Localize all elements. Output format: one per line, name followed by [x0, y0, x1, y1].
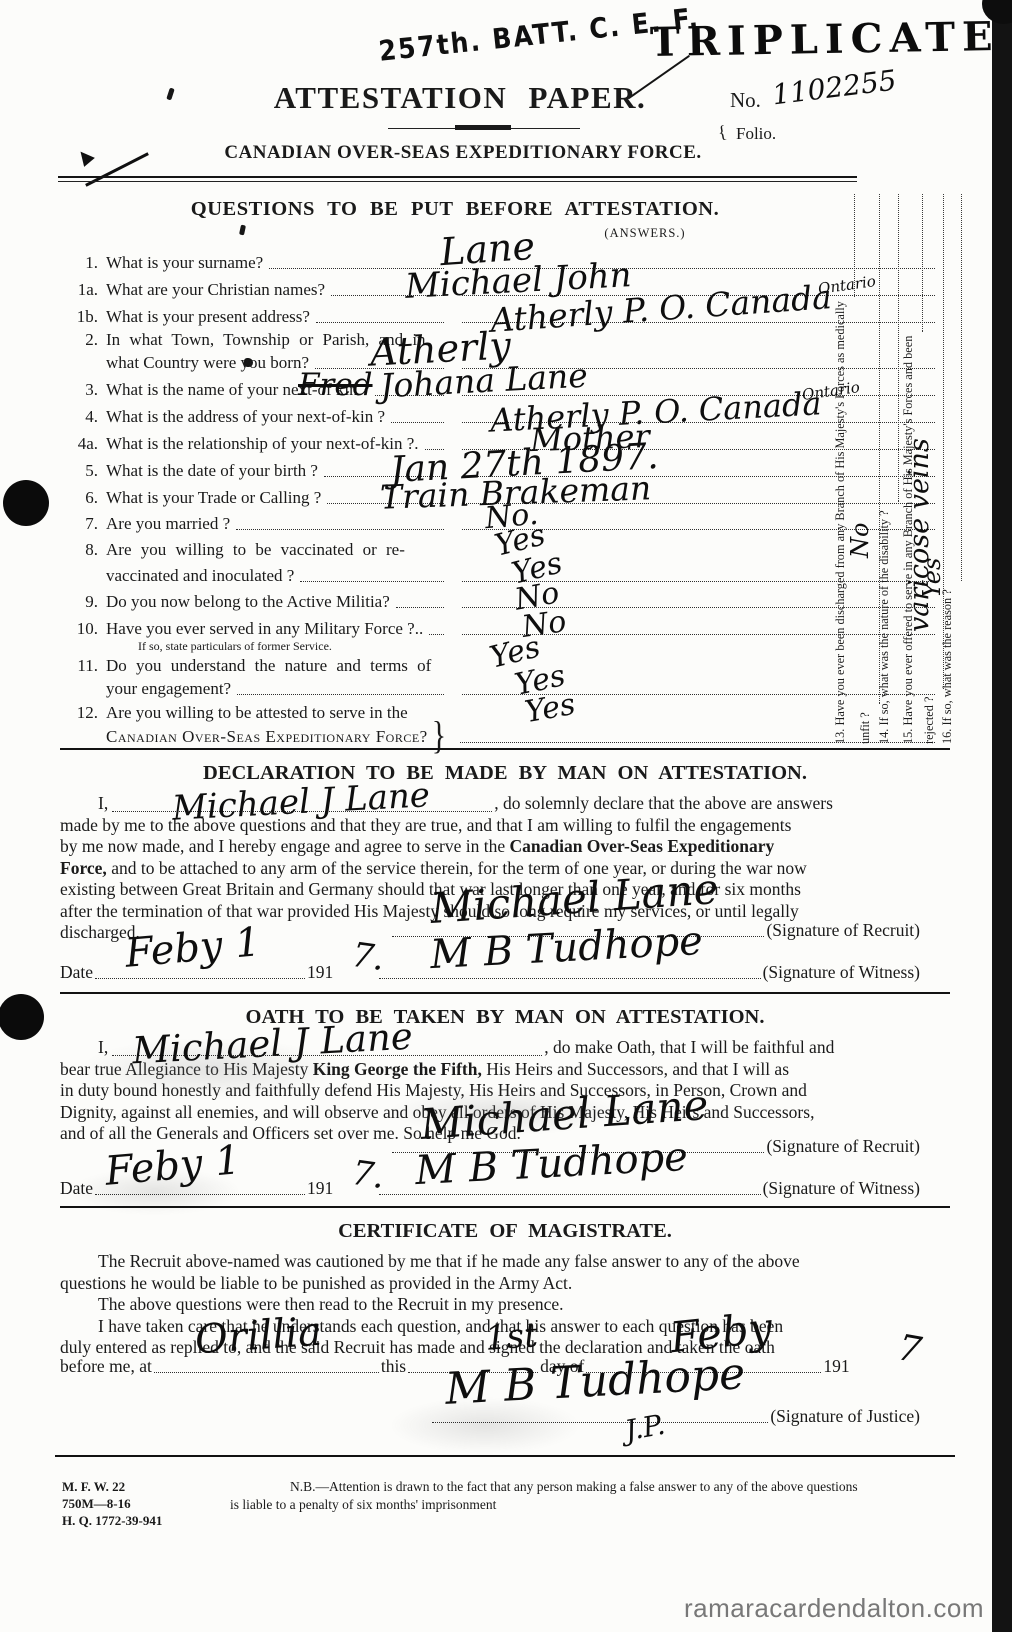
watermark-text: ramaracardendalton.com — [684, 1593, 984, 1624]
question-text-line2: vaccinated and inoculated ? — [106, 566, 294, 586]
dotted-leader — [391, 407, 444, 423]
this-label: this — [381, 1356, 406, 1377]
side-question-16: 16. If so, what was the reason ? — [940, 192, 962, 744]
date-label: Date — [60, 1178, 93, 1199]
question-text: What is your surname? — [106, 253, 263, 273]
year-print: 191 — [307, 1178, 333, 1199]
question-brace: } — [432, 724, 446, 750]
place-handwritten: Orillia — [194, 1312, 323, 1361]
answer-q13-handwritten: No — [848, 523, 872, 558]
form-code-2: 750M—8-16 — [62, 1495, 162, 1512]
recruit-signature-label: (Signature of Recruit) — [766, 920, 920, 941]
question-text-line2: what Country were you born? — [106, 353, 309, 373]
footer-note-line2: is liable to a penalty of six months' im… — [230, 1496, 910, 1514]
question-text: What is the relationship of your next-of… — [106, 434, 419, 454]
answer-nextofkin-handwritten: Johana Lane — [379, 359, 588, 403]
year-handwritten: 7. — [350, 938, 387, 976]
date-handwritten: Feby 1 — [124, 922, 263, 974]
scan-edge-artifact — [992, 0, 1012, 1632]
page-title: ATTESTATION PAPER. — [240, 80, 680, 116]
hole-punch-artifact — [0, 994, 44, 1040]
hole-punch-artifact — [3, 480, 49, 526]
oath-name-line: Michael J Lane — [112, 1055, 542, 1056]
answer-nextofkin-struck: Fred — [298, 370, 373, 401]
folio-label: Folio. — [736, 124, 776, 144]
certificate-p1-line1: The Recruit above-named was cautioned by… — [60, 1251, 890, 1273]
question-text-line2: Canadian Over-Seas Expeditionary Force? — [106, 727, 428, 747]
question-text-line2: your engagement? — [106, 679, 231, 699]
question-number: 1. — [60, 253, 106, 273]
question-number: 1b. — [60, 307, 106, 327]
certificate-title: CERTIFICATE OF MAGISTRATE. — [60, 1220, 950, 1243]
before-me-label: before me, at — [60, 1356, 152, 1377]
dotted-leader — [396, 592, 444, 608]
question-number: 4a. — [60, 434, 106, 454]
certificate-section: CERTIFICATE OF MAGISTRATE. The Recruit a… — [60, 1206, 950, 1458]
question-number: 9. — [60, 592, 106, 612]
oath-date-handwritten: Feby 1 — [104, 1140, 243, 1192]
triplicate-stamp: TRIPLICATE — [650, 13, 1000, 66]
question-number: 3. — [60, 380, 106, 400]
dotted-leader — [886, 194, 899, 502]
question-text: Have you ever served in any Military For… — [106, 619, 423, 639]
question-number: 12. — [60, 703, 106, 723]
certificate-p1-line2: questions he would be liable to be punis… — [60, 1273, 890, 1295]
question-text: Do you now belong to the Active Militia? — [106, 592, 390, 612]
question-text: What is your present address? — [106, 307, 310, 327]
form-number-label: No. — [730, 88, 761, 113]
question-number: 4. — [60, 407, 106, 427]
dotted-leader — [316, 307, 444, 323]
declaration-line3: by me now made, and I hereby engage and … — [60, 836, 870, 858]
recruit-signature-label: (Signature of Recruit) — [766, 1136, 920, 1157]
question-text: Are you willing to be vaccinated or re- — [106, 540, 405, 560]
question-number: 2. — [60, 330, 106, 350]
form-code-3: H. Q. 1772-39-941 — [62, 1512, 162, 1529]
dotted-leader — [300, 566, 444, 582]
dotted-leader — [949, 194, 962, 581]
justice-signature-label: (Signature of Justice) — [770, 1406, 920, 1427]
footer-note-line1: N.B.—Attention is drawn to the fact that… — [290, 1478, 910, 1496]
question-text: Are you willing to be attested to serve … — [106, 703, 408, 723]
form-subtitle: CANADIAN OVER-SEAS EXPEDITIONARY FORCE. — [183, 142, 743, 164]
question-number: 8. — [60, 540, 106, 560]
year-print: 191 — [823, 1356, 849, 1377]
question-number: 6. — [60, 488, 106, 508]
year-print: 191 — [307, 962, 333, 983]
oath-line1: , do make Oath, that I will be faithful … — [544, 1037, 834, 1059]
folio-brace: { — [716, 121, 728, 143]
title-rule-center — [455, 125, 511, 130]
question-text: What is the date of your birth ? — [106, 461, 318, 481]
answer-q16-handwritten: varicose veins — [906, 438, 933, 632]
form-codes: M. F. W. 22 750M—8-16 H. Q. 1772-39-941 — [62, 1478, 162, 1529]
attestation-paper-scan: 257th. BATT. C. E. F. TRIPLICATE ATTESTA… — [0, 0, 1012, 1632]
declaration-line4: Force, and to be attached to any arm of … — [60, 858, 870, 880]
form-number-handwritten: 1102255 — [771, 67, 898, 110]
question-text: What are your Christian names? — [106, 280, 325, 300]
header-rule — [58, 176, 857, 182]
question-number: 11. — [60, 656, 106, 676]
question-number: 1a. — [60, 280, 106, 300]
declaration-section: DECLARATION TO BE MADE BY MAN ON ATTESTA… — [60, 748, 950, 994]
footer-note: N.B.—Attention is drawn to the fact that… — [230, 1478, 910, 1514]
question-text: Do you understand the nature and terms o… — [106, 656, 431, 676]
question-number: 10. — [60, 619, 106, 639]
dotted-leader — [237, 679, 444, 695]
side-question-14: 14. If so, what was the nature of the di… — [877, 192, 899, 744]
dotted-leader — [429, 619, 444, 635]
questions-title: QUESTIONS TO BE PUT BEFORE ATTESTATION. — [60, 198, 850, 221]
ink-mark-artifact — [166, 88, 174, 101]
declaration-i-label: I, — [60, 793, 108, 815]
question-row: 12.Are you willing to be attested to ser… — [60, 699, 935, 747]
question-text: Are you married ? — [106, 514, 230, 534]
declaration-title: DECLARATION TO BE MADE BY MAN ON ATTESTA… — [60, 762, 950, 785]
question-row: 9.Do you now belong to the Active Militi… — [60, 586, 935, 612]
day-handwritten: 1st — [484, 1318, 539, 1356]
form-code-1: M. F. W. 22 — [62, 1478, 162, 1495]
answer-attested-handwritten: Yes — [523, 690, 578, 728]
date-label: Date — [60, 962, 93, 983]
question-text: What is your Trade or Calling ? — [106, 488, 321, 508]
witness-signature-label: (Signature of Witness) — [763, 1178, 920, 1199]
footer-rule — [55, 1455, 955, 1457]
dotted-leader — [236, 514, 444, 530]
witness-signature-label: (Signature of Witness) — [763, 962, 920, 983]
question-text: What is the address of your next-of-kin … — [106, 407, 385, 427]
pen-arrow-head-artifact — [75, 147, 95, 167]
declaration-line1: , do solemnly declare that the above are… — [494, 793, 833, 815]
questions-section: QUESTIONS TO BE PUT BEFORE ATTESTATION. … — [60, 190, 950, 752]
question-number: 5. — [60, 461, 106, 481]
declaration-name-line: Michael J Lane — [112, 811, 492, 812]
oath-year-handwritten: 7. — [350, 1156, 387, 1194]
justice-signature-handwritten: M B Tudhope — [444, 1352, 746, 1412]
oath-section: OATH TO BE TAKEN BY MAN ON ATTESTATION. … — [60, 992, 950, 1208]
justice-jp-handwritten: J.P. — [623, 1411, 667, 1446]
question-number: 7. — [60, 514, 106, 534]
answers-column-label: (ANSWERS.) — [530, 226, 760, 241]
